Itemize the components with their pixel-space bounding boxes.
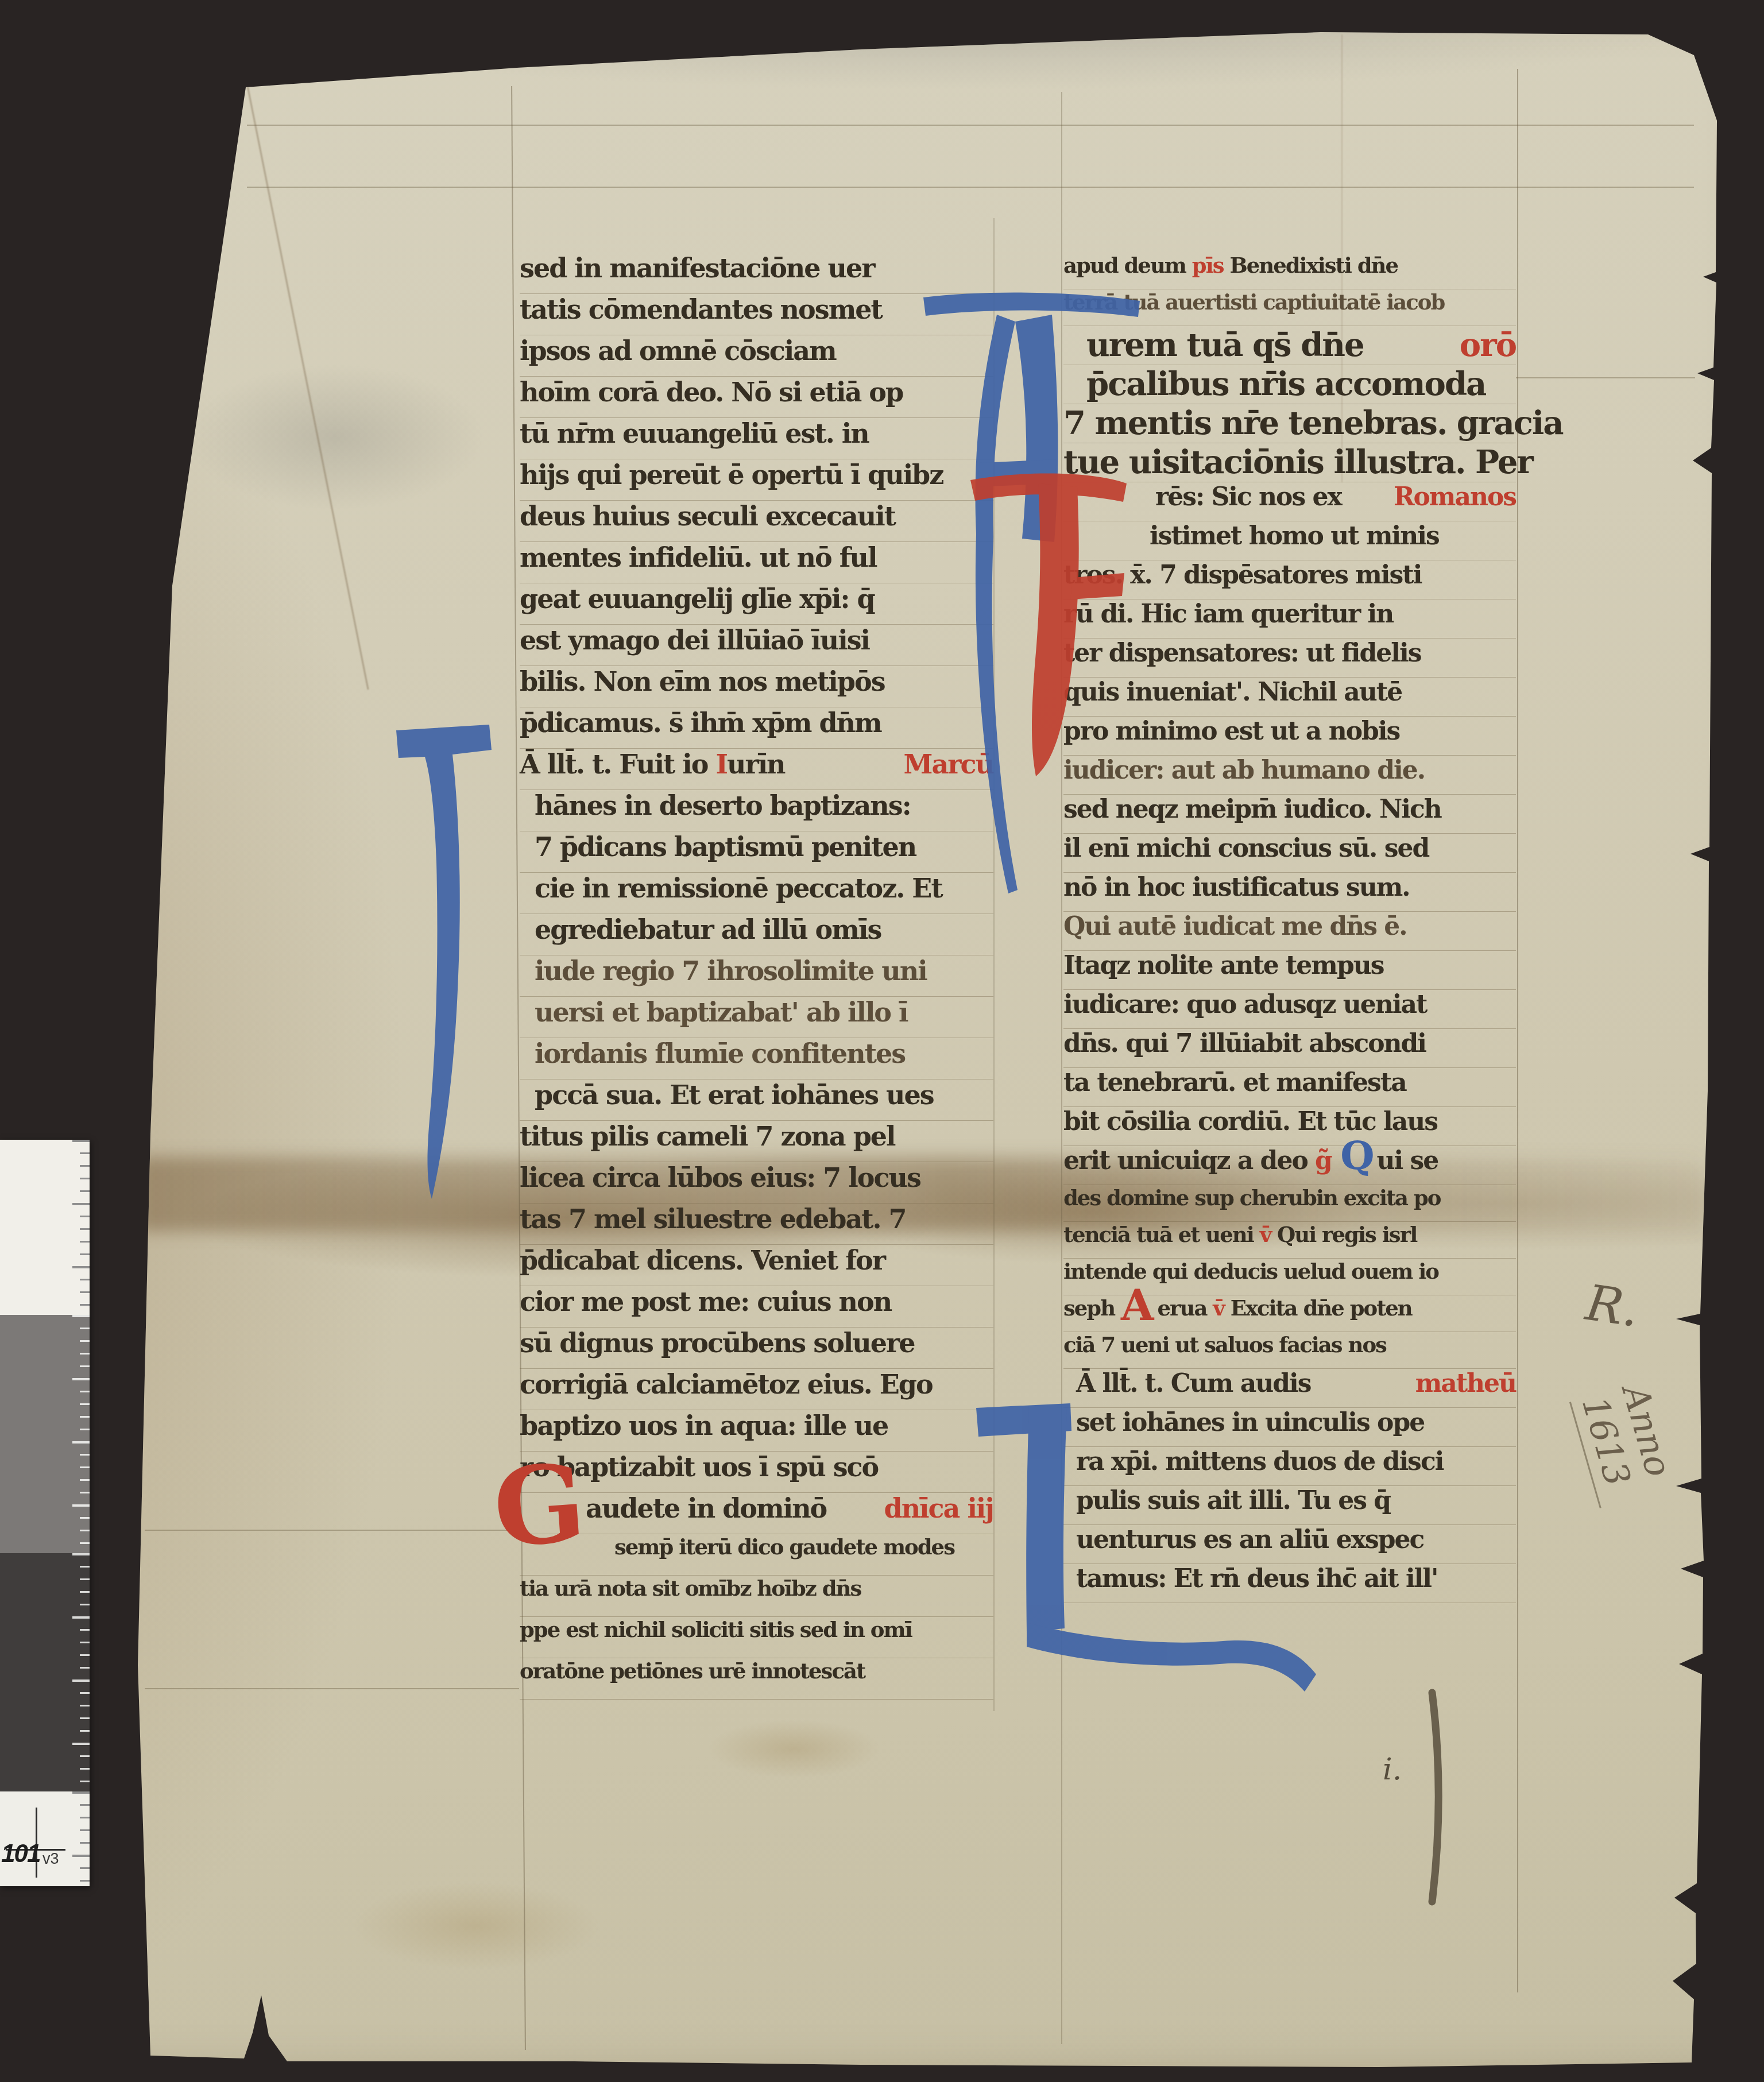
- body-text: bit cōsilia cordiū. Et tūc laus: [1063, 1107, 1437, 1136]
- ruling-line-left-margin-2: [145, 1688, 519, 1689]
- manuscript-text-line: iudicare: quo adusqz ueniat: [1063, 990, 1516, 1029]
- manuscript-text-line: Ā llt̄. t. Cum audismatheū: [1063, 1369, 1516, 1408]
- manuscript-text-line: tas 7 mel siluestre edebat. 7: [520, 1203, 993, 1245]
- manuscript-text-line: nō in hoc iustificatus sum.: [1063, 873, 1516, 912]
- manuscript-text-line: geat euuangelij glīe xp̄i: q̄: [520, 583, 993, 625]
- body-text: des domine sup cherubin excita po: [1063, 1185, 1440, 1210]
- initial-j-blue-shape: [396, 725, 492, 1199]
- body-text: geat euuangelij glīe xp̄i: q̄: [520, 583, 875, 614]
- manuscript-text-line: sed in manifestaciōne uer: [520, 253, 993, 294]
- body-text: Itaqz nolite ante tempus: [1063, 951, 1383, 980]
- manuscript-text-line: erit unicuiqz a deo g̃ Qui se: [1063, 1146, 1516, 1185]
- manuscript-text-line: bilis. Non eīm nos metipōs: [520, 666, 993, 707]
- ruling-line-col2-left: [1061, 92, 1062, 2044]
- corner-crease-line: [247, 87, 369, 690]
- initial-l-blue-foot: [1027, 1623, 1316, 1692]
- manuscript-text-line: est ymago dei illūiaō īuisi: [520, 625, 993, 666]
- body-text: licea circa lūbos eius: 7 locus: [520, 1162, 920, 1193]
- body-text: p̄dicabat dicens. Veniet for: [520, 1245, 885, 1276]
- manuscript-text-line: cior me post me: cuius non: [520, 1286, 993, 1328]
- manuscript-text-line: mentes infideliū. ut nō ful: [520, 542, 993, 583]
- manuscript-text-line: tros. x̄. 7 dispēsatores misti: [1063, 560, 1516, 599]
- manuscript-text-line: set iohānes in uinculis ope: [1063, 1408, 1516, 1447]
- manuscript-text-line: titus pilis cameli 7 zona pel: [520, 1121, 993, 1162]
- body-text: rēs: Sic nos ex: [1155, 482, 1341, 512]
- body-text: Benedixisti dn̄e: [1229, 253, 1397, 278]
- manuscript-text-line: p̄calibus nr̄is accomoda: [1063, 365, 1516, 404]
- body-text: apud deum: [1063, 253, 1192, 278]
- initial-g-red: G: [491, 1460, 588, 1552]
- body-text: tenciā tuā et ueni: [1063, 1222, 1260, 1247]
- body-text: seph: [1063, 1295, 1121, 1321]
- ruler-ticks-long: [72, 1140, 90, 1315]
- manuscript-text-line: tia urā nota sit omībz hoībz dn̄s: [520, 1576, 993, 1617]
- manuscript-text-line: apud deum pīs Benedixisti dn̄e: [1063, 253, 1516, 289]
- body-text: bilis. Non eīm nos metipōs: [520, 666, 885, 697]
- manuscript-text-line: hijs qui pereūt ē opertū ī quibz: [520, 459, 993, 501]
- manuscript-text-line: rū di. Hic iam queritur in: [1063, 599, 1516, 638]
- pen-flourish-stroke: [1432, 1693, 1438, 1902]
- body-text: semp̄ iterū dico gaudete modes: [614, 1534, 954, 1559]
- rubric-text: dnīca iij: [884, 1493, 993, 1524]
- manuscript-text-line: rēs: Sic nos exRomanos: [1063, 482, 1516, 521]
- manuscript-text-line: il enī michi conscius sū. sed: [1063, 834, 1516, 873]
- body-text: iude regio 7 ihrosolimite uni: [535, 955, 927, 986]
- rubric-text: v̄: [1213, 1295, 1230, 1321]
- manuscript-text-line: pulis suis ait illi. Tu es q̄: [1063, 1486, 1516, 1525]
- body-text: Qui regis isrl: [1277, 1222, 1417, 1247]
- manuscript-text-line: hānes in deserto baptizans:: [520, 790, 993, 831]
- body-text: tue uisitaciōnis illustra. Per: [1063, 443, 1533, 481]
- target-version-label: v3: [42, 1850, 59, 1868]
- body-text: audete in dominō: [586, 1493, 826, 1524]
- body-text: pro minimo est ut a nobis: [1063, 717, 1399, 746]
- body-text: ui se: [1377, 1146, 1438, 1175]
- body-text: set iohānes in uinculis ope: [1076, 1408, 1424, 1437]
- manuscript-text-line: oratōne petiōnes urē innotescāt: [520, 1658, 993, 1700]
- manuscript-text-line: ta tenebrarū. et manifesta: [1063, 1068, 1516, 1107]
- manuscript-text-line: ro baptizabit uos ī spū scō: [520, 1452, 993, 1493]
- body-text: sū dignus procūbens soluere: [520, 1328, 915, 1359]
- manuscript-text-line: cie in remissionē peccatoz. Et: [520, 873, 993, 914]
- manuscript-text-line: tamus: Et rn̄ deus ihc̄ ait ill': [1063, 1564, 1516, 1603]
- manuscript-text-line: istimet homo ut minis: [1063, 521, 1516, 560]
- body-text: cior me post me: cuius non: [520, 1286, 891, 1317]
- body-text: Ā llt̄. t. Cum audis: [1076, 1369, 1310, 1398]
- body-text: hānes in deserto baptizans:: [535, 790, 911, 821]
- body-text: terrā tuā auertisti captiuitatē iacob: [1063, 289, 1444, 315]
- manuscript-text-line: tue uisitaciōnis illustra. Per: [1063, 443, 1516, 482]
- rubric-text: Marcū: [904, 749, 993, 780]
- gray-band-mid: [0, 1315, 90, 1553]
- body-text: tas 7 mel siluestre edebat. 7: [520, 1203, 906, 1235]
- calibration-target: 101 v3: [0, 1140, 90, 1886]
- manuscript-text-line: iude regio 7 ihrosolimite uni: [520, 955, 993, 997]
- body-text: pulis suis ait illi. Tu es q̄: [1076, 1486, 1390, 1515]
- ruler-ticks-long: [72, 1315, 90, 1553]
- manuscript-text-line: corrigiā calciamētoz eius. Ego: [520, 1369, 993, 1410]
- rubric-text: I: [715, 749, 727, 780]
- manuscript-text-line: audete in dominōdnīca iij: [520, 1493, 993, 1534]
- text-column-right: apud deum pīs Benedixisti dn̄eterrā tuā …: [1063, 253, 1516, 1603]
- manuscript-text-line: baptizo uos in aqua: ille ue: [520, 1410, 993, 1452]
- target-shelfmark-label: 101: [1, 1840, 40, 1868]
- rubric-text: orō: [1460, 326, 1516, 364]
- body-text: istimet homo ut minis: [1150, 521, 1439, 551]
- ruling-line-col2-right: [1517, 69, 1518, 1992]
- body-text: rū di. Hic iam queritur in: [1063, 599, 1393, 629]
- manuscript-text-line: tenciā tuā et ueni v̄ Qui regis isrl: [1063, 1222, 1516, 1259]
- manuscript-text-line: iordanis flumīe confitentes: [520, 1038, 993, 1079]
- body-text: Excita dn̄e poten: [1231, 1295, 1412, 1321]
- body-text: 7 p̄dicans baptismū peniten: [535, 831, 916, 862]
- body-text: erit unicuiqz a deo: [1063, 1146, 1315, 1175]
- manuscript-text-line: tū nr̄m euuangeliū est. in: [520, 418, 993, 459]
- manuscript-text-line: pro minimo est ut a nobis: [1063, 717, 1516, 756]
- manuscript-text-line: des domine sup cherubin excita po: [1063, 1185, 1516, 1222]
- body-text: ra xp̄i. mittens duos de disci: [1076, 1447, 1443, 1476]
- body-text: oratōne petiōnes urē innotescāt: [520, 1658, 865, 1684]
- marginalia-i-note: i.: [1383, 1752, 1402, 1787]
- body-text: cie in remissionē peccatoz. Et: [535, 873, 942, 904]
- ruling-line-top-2: [247, 187, 1694, 188]
- body-text: tatis cōmendantes nosmet: [520, 294, 882, 325]
- manuscript-text-line: seph Aerua v̄ Excita dn̄e poten: [1063, 1295, 1516, 1332]
- manuscript-text-line: dn̄s. qui 7 illūiabit abscondi: [1063, 1029, 1516, 1068]
- body-text: hoīm corā deo. Nō si etiā op: [520, 377, 903, 408]
- body-text: est ymago dei illūiaō īuisi: [520, 625, 869, 656]
- manuscript-text-line: urem tuā qs̄ dn̄eorō: [1063, 326, 1516, 365]
- manuscript-photo-viewport: sed in manifestaciōne uertatis cōmendant…: [0, 0, 1764, 2082]
- body-text: pccā sua. Et erat iohānes ues: [535, 1079, 934, 1110]
- body-text: iudicer: aut ab humano die.: [1063, 756, 1425, 785]
- body-text: p̄calibus nr̄is accomoda: [1086, 365, 1486, 403]
- manuscript-text-line: 7 mentis nr̄e tenebras. gracia: [1063, 404, 1516, 443]
- ruler-ticks-long: [72, 1791, 90, 1886]
- manuscript-text-line: licea circa lūbos eius: 7 locus: [520, 1162, 993, 1203]
- manuscript-text-line: ciā 7 ueni ut saluos facias nos: [1063, 1332, 1516, 1369]
- parchment-leaf: sed in manifestaciōne uertatis cōmendant…: [0, 0, 1764, 2082]
- rubric-text: v̄: [1260, 1222, 1277, 1247]
- initial-a-blue-right-leg: [1015, 315, 1058, 542]
- body-text: titus pilis cameli 7 zona pel: [520, 1121, 895, 1152]
- ruling-line-col1-right: [993, 218, 995, 1711]
- body-text: sed neqz meipm̄ iudico. Nich: [1063, 795, 1441, 824]
- manuscript-text-line: ter dispensatores: ut fidelis: [1063, 638, 1516, 678]
- manuscript-text-line: deus huius seculi excecauit: [520, 501, 993, 542]
- rubric-text: pīs: [1192, 253, 1230, 278]
- body-text: ciā 7 ueni ut saluos facias nos: [1063, 1332, 1386, 1357]
- manuscript-text-line: quis inueniat'. Nichil autē: [1063, 678, 1516, 717]
- body-text: uenturus es an aliū exspec: [1076, 1525, 1423, 1554]
- ruling-line-left-margin-1: [145, 1530, 519, 1531]
- body-text: il enī michi conscius sū. sed: [1063, 834, 1429, 863]
- manuscript-text-line: sed neqz meipm̄ iudico. Nich: [1063, 795, 1516, 834]
- manuscript-text-line: p̄dicamus. s̄ ihm̄ xp̄m dn̄m: [520, 707, 993, 749]
- body-text: uersi et baptizabat' ab illo ī: [535, 997, 908, 1028]
- marginalia-anno-note: Anno 1613: [1569, 1378, 1684, 1508]
- body-text: hijs qui pereūt ē opertū ī quibz: [520, 459, 943, 490]
- manuscript-text-line: ppe est nichil soliciti sitis sed in omī: [520, 1617, 993, 1658]
- ruler-ticks-long: [72, 1553, 90, 1791]
- body-text: nō in hoc iustificatus sum.: [1063, 873, 1410, 902]
- manuscript-text-line: uenturus es an aliū exspec: [1063, 1525, 1516, 1564]
- body-text: 7 mentis nr̄e tenebras. gracia: [1063, 404, 1562, 442]
- body-text: Ā llt̄. t. Fuit io: [520, 749, 715, 780]
- manuscript-text-line: uersi et baptizabat' ab illo ī: [520, 997, 993, 1038]
- ruling-line-top-1: [247, 125, 1694, 126]
- manuscript-text-line: tatis cōmendantes nosmet: [520, 294, 993, 335]
- body-text: tia urā nota sit omībz hoībz dn̄s: [520, 1576, 861, 1601]
- body-text: tamus: Et rn̄ deus ihc̄ ait ill': [1076, 1564, 1438, 1593]
- body-text: deus huius seculi excecauit: [520, 501, 895, 532]
- text-column-left: sed in manifestaciōne uertatis cōmendant…: [520, 253, 993, 1700]
- manuscript-text-line: Qui autē iudicat me dn̄s ē.: [1063, 912, 1516, 951]
- manuscript-text-line: pccā sua. Et erat iohānes ues: [520, 1079, 993, 1121]
- rubric-text: matheū: [1415, 1369, 1516, 1398]
- manuscript-text-line: Ā llt̄. t. Fuit io IurīnMarcū: [520, 749, 993, 790]
- body-text: iudicare: quo adusqz ueniat: [1063, 990, 1426, 1019]
- body-text: ter dispensatores: ut fidelis: [1063, 638, 1421, 668]
- marginalia-r-note: R.: [1582, 1274, 1642, 1338]
- body-text: sed in manifestaciōne uer: [520, 253, 875, 284]
- body-text: ipsos ad omnē cōsciam: [520, 335, 836, 366]
- body-text: tū nr̄m euuangeliū est. in: [520, 418, 869, 449]
- body-text: ppe est nichil soliciti sitis sed in omī: [520, 1617, 912, 1642]
- body-text: iordanis flumīe confitentes: [535, 1038, 905, 1069]
- body-text: mentes infideliū. ut nō ful: [520, 542, 876, 573]
- body-text: erua: [1157, 1295, 1213, 1321]
- body-text: Qui autē iudicat me dn̄s ē.: [1063, 912, 1407, 941]
- gray-band-white-2: 101 v3: [0, 1791, 90, 1886]
- manuscript-text-line: ra xp̄i. mittens duos de disci: [1063, 1447, 1516, 1486]
- gray-band-dark: [0, 1553, 90, 1791]
- manuscript-text-line: hoīm corā deo. Nō si etiā op: [520, 377, 993, 418]
- body-text: baptizo uos in aqua: ille ue: [520, 1410, 888, 1441]
- body-text: p̄dicamus. s̄ ihm̄ xp̄m dn̄m: [520, 707, 881, 738]
- body-text: urīn: [727, 749, 785, 780]
- rubric-text: g̃: [1315, 1146, 1339, 1175]
- rubric-text: Romanos: [1394, 482, 1516, 512]
- manuscript-text-line: Itaqz nolite ante tempus: [1063, 951, 1516, 990]
- manuscript-text-line: sū dignus procūbens soluere: [520, 1328, 993, 1369]
- manuscript-text-line: p̄dicabat dicens. Veniet for: [520, 1245, 993, 1286]
- manuscript-text-line: iudicer: aut ab humano die.: [1063, 756, 1516, 795]
- manuscript-text-line: egrediebatur ad illū omīs: [520, 914, 993, 955]
- body-text: egrediebatur ad illū omīs: [535, 914, 881, 945]
- gray-band-white-1: [0, 1140, 90, 1315]
- ruling-line-right-margin: [1516, 377, 1695, 378]
- body-text: quis inueniat'. Nichil autē: [1063, 678, 1402, 707]
- body-text: dn̄s. qui 7 illūiabit abscondi: [1063, 1029, 1426, 1058]
- body-text: tros. x̄. 7 dispēsatores misti: [1063, 560, 1421, 590]
- body-text: urem tuā qs̄ dn̄e: [1086, 326, 1364, 364]
- manuscript-text-line: semp̄ iterū dico gaudete modes: [520, 1534, 993, 1576]
- manuscript-text-line: 7 p̄dicans baptismū peniten: [520, 831, 993, 873]
- manuscript-text-line: bit cōsilia cordiū. Et tūc laus: [1063, 1107, 1516, 1146]
- manuscript-text-line: ipsos ad omnē cōsciam: [520, 335, 993, 377]
- body-text: corrigiā calciamētoz eius. Ego: [520, 1369, 933, 1400]
- manuscript-text-line: terrā tuā auertisti captiuitatē iacob: [1063, 289, 1516, 326]
- body-text: ta tenebrarū. et manifesta: [1063, 1068, 1406, 1097]
- body-text: intende qui deducis uelud ouem io: [1063, 1259, 1438, 1284]
